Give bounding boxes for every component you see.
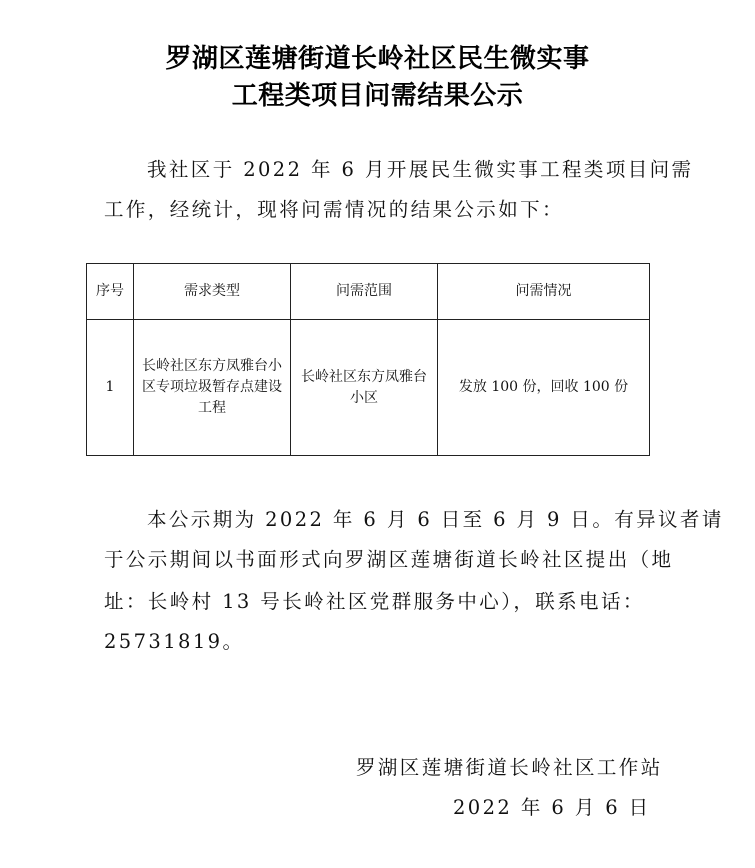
intro-line-2: 工作，经统计，现将问需情况的结果公示如下： — [104, 200, 649, 220]
cell-scope: 长岭社区东方凤雅台 小区 — [291, 320, 438, 456]
header-no: 序号 — [87, 264, 134, 320]
header-scope: 问需范围 — [291, 264, 438, 320]
header-status: 问需情况 — [438, 264, 650, 320]
title-line-1: 罗湖区莲塘街道长岭社区民生微实事 — [0, 38, 755, 75]
table-row: 1 长岭社区东方凤雅台小 区专项垃圾暂存点建设 工程 长岭社区东方凤雅台 小区 … — [87, 320, 650, 456]
notice-line-1: 本公示期为 2022 年 6 月 6 日至 6 月 9 日。有异议者请 — [147, 510, 692, 530]
cell-scope-line-2: 小区 — [291, 388, 437, 409]
notice-line-4: 25731819。 — [104, 632, 649, 652]
header-type: 需求类型 — [134, 264, 291, 320]
results-table: 序号 需求类型 问需范围 问需情况 1 长岭社区东方凤雅台小 区专项垃圾暂存点建… — [86, 263, 650, 456]
cell-scope-line-1: 长岭社区东方凤雅台 — [291, 367, 437, 388]
cell-status: 发放 100 份，回收 100 份 — [438, 320, 650, 456]
notice-line-2: 于公示期间以书面形式向罗湖区莲塘街道长岭社区提出（地 — [104, 550, 649, 570]
signature-date: 2022 年 6 月 6 日 — [453, 792, 651, 820]
table-header-row: 序号 需求类型 问需范围 问需情况 — [87, 264, 650, 320]
notice-line-3: 址：长岭村 13 号长岭社区党群服务中心），联系电话： — [104, 592, 649, 612]
cell-no: 1 — [87, 320, 134, 456]
cell-type: 长岭社区东方凤雅台小 区专项垃圾暂存点建设 工程 — [134, 320, 291, 456]
intro-line-1: 我社区于 2022 年 6 月开展民生微实事工程类项目问需 — [147, 160, 692, 180]
cell-type-line-1: 长岭社区东方凤雅台小 — [134, 356, 290, 377]
cell-type-line-2: 区专项垃圾暂存点建设 — [134, 377, 290, 398]
signature-organization: 罗湖区莲塘街道长岭社区工作站 — [356, 752, 663, 780]
title-line-2: 工程类项目问需结果公示 — [0, 75, 755, 112]
cell-type-line-3: 工程 — [134, 398, 290, 419]
